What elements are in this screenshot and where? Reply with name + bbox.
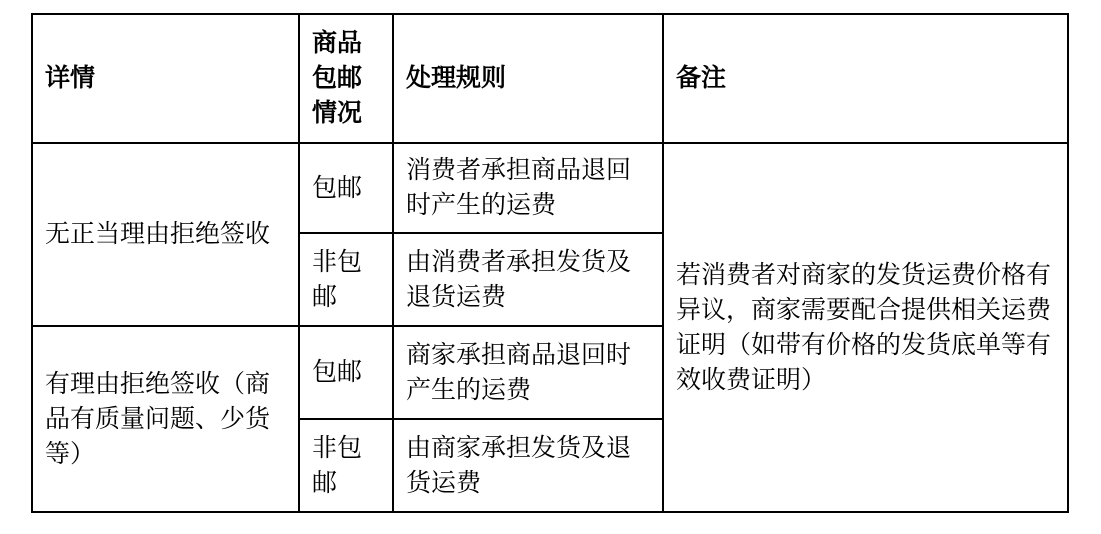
cell-rule-4: 由商家承担发货及退 货运费 bbox=[393, 419, 663, 512]
cell-rule-2: 由消费者承担发货及 退货运费 bbox=[393, 233, 663, 326]
cell-shipping-free-2: 包邮 bbox=[299, 326, 393, 419]
cell-shipping-not-free-2: 非包 邮 bbox=[299, 419, 393, 512]
cell-detail-with-reason: 有理由拒绝签收（商 品有质量问题、少货 等） bbox=[32, 326, 299, 512]
cell-rule-3: 商家承担商品退回时 产生的运费 bbox=[393, 326, 663, 419]
header-remark: 备注 bbox=[663, 14, 1068, 143]
page: { "table": { "headers": { "detail": "详情"… bbox=[0, 0, 1101, 534]
cell-shipping-not-free-1: 非包 邮 bbox=[299, 233, 393, 326]
shipping-fee-rules-table: 详情 商品 包邮 情况 处理规则 备注 无正当理由拒绝签收 包邮 消费者承担商品… bbox=[31, 13, 1069, 513]
cell-detail-no-valid-reason: 无正当理由拒绝签收 bbox=[32, 143, 299, 326]
header-shipping-status: 商品 包邮 情况 bbox=[299, 14, 393, 143]
table-header-row: 详情 商品 包邮 情况 处理规则 备注 bbox=[32, 14, 1068, 143]
cell-shipping-free-1: 包邮 bbox=[299, 143, 393, 233]
cell-remark: 若消费者对商家的发货运费价格有 异议，商家需要配合提供相关运费 证明（如带有价格… bbox=[663, 143, 1068, 512]
cell-rule-1: 消费者承担商品退回 时产生的运费 bbox=[393, 143, 663, 233]
header-handling-rule: 处理规则 bbox=[393, 14, 663, 143]
header-detail: 详情 bbox=[32, 14, 299, 143]
table-row: 无正当理由拒绝签收 包邮 消费者承担商品退回 时产生的运费 若消费者对商家的发货… bbox=[32, 143, 1068, 233]
